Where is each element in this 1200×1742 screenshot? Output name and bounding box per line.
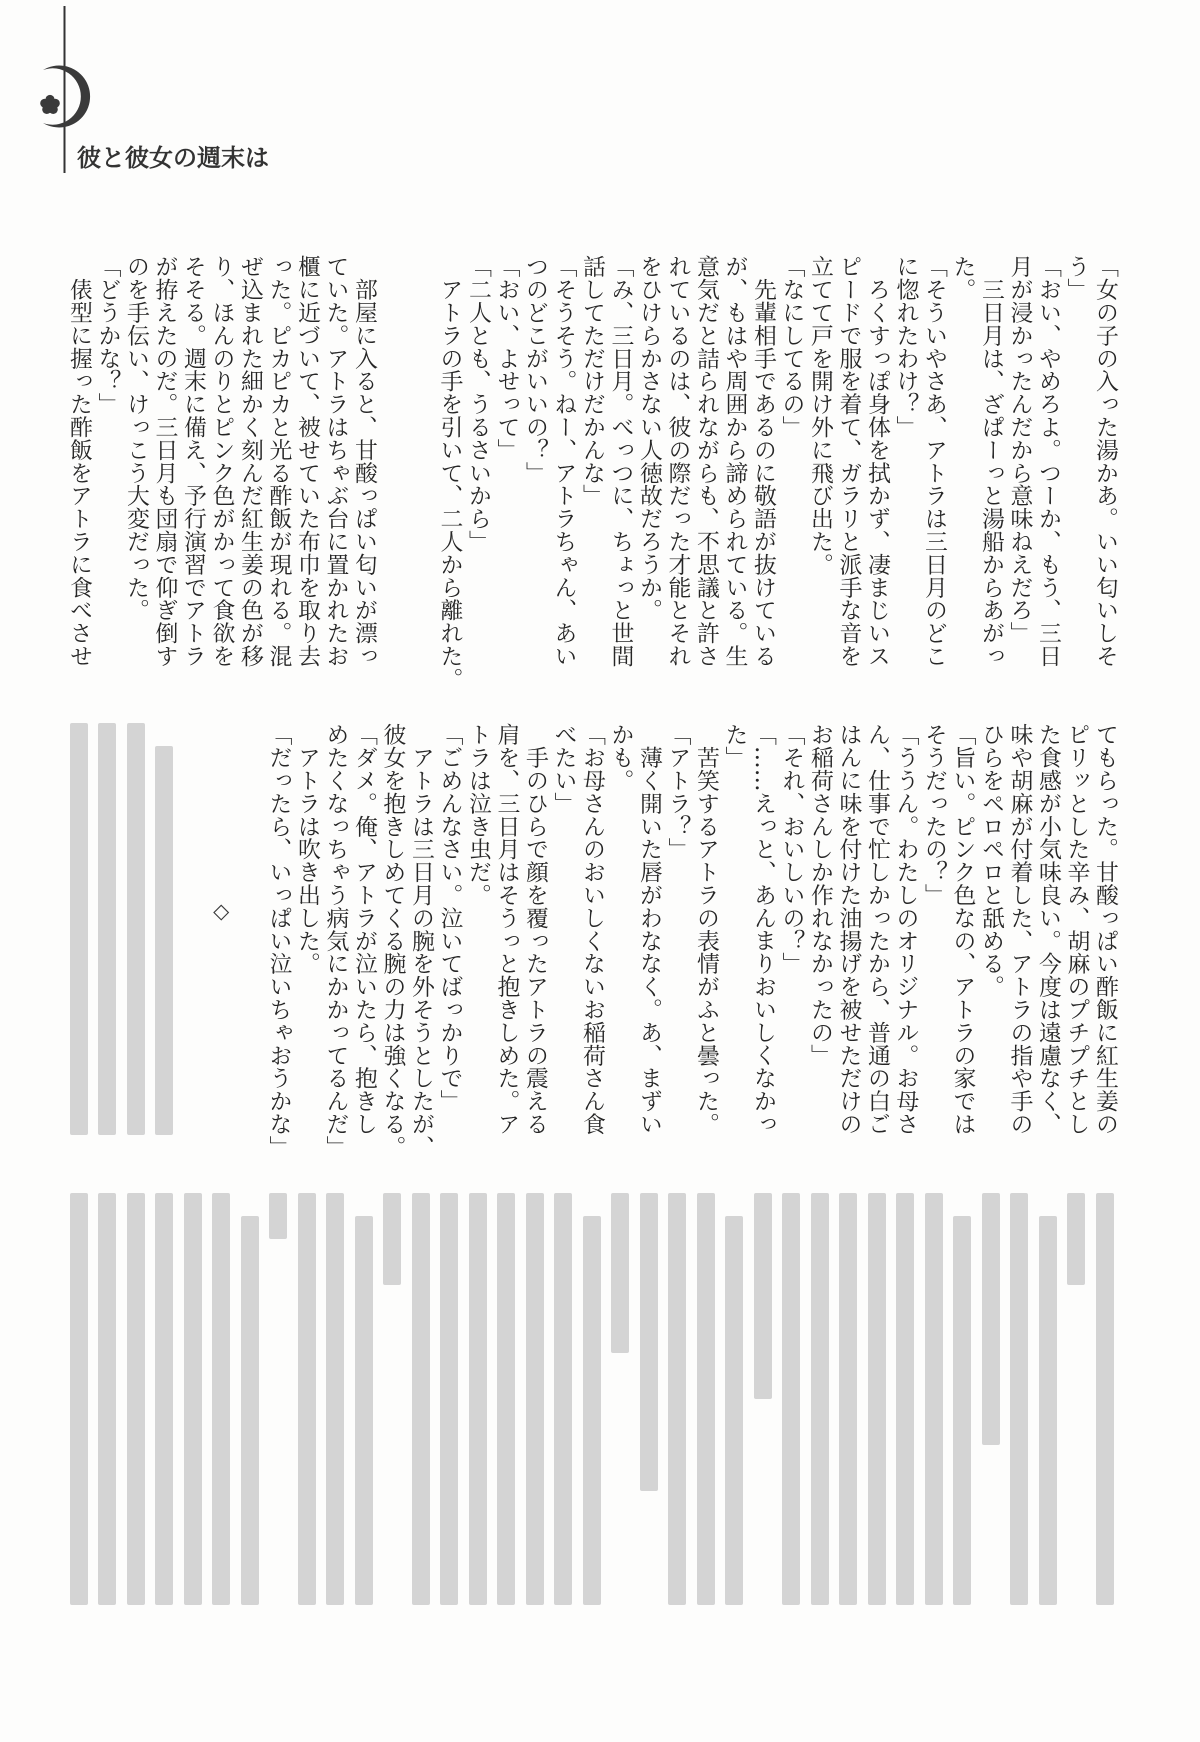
text-column: 「み、三日月。べっつに、ちょっと世間: [606, 255, 635, 667]
omitted-text-bar: [298, 1193, 316, 1605]
text-column: 「ダメ。俺、アトラが泣いたら、抱きし: [350, 723, 379, 1135]
text-column: 立てて戸を開け外に飛び出た。: [806, 255, 835, 667]
omitted-text-column: [977, 1193, 1006, 1605]
text-column: った。ピカピカと光る酢飯が現れる。混: [264, 255, 293, 667]
omitted-text-column: [578, 1193, 607, 1605]
omitted-text-column: [948, 1193, 977, 1605]
omitted-text-bar: [668, 1193, 686, 1605]
omitted-text-bar: [953, 1216, 971, 1605]
omitted-text-column: [521, 1193, 550, 1605]
omitted-text-column: [122, 723, 151, 1135]
text-column: 「おい、よせって」: [492, 255, 521, 667]
omitted-text-bar: [1067, 1193, 1085, 1285]
text-column: 「……えっと、あんまりおいしくなかっ: [749, 723, 778, 1135]
omitted-text-bar: [355, 1216, 373, 1605]
omitted-text-column: [891, 1193, 920, 1605]
text-column: 薄く開いた唇がわななく。あ、まずい: [635, 723, 664, 1135]
text-column: 先輩相手であるのに敬語が抜けている: [749, 255, 778, 667]
omitted-text-bar: [725, 1216, 743, 1605]
omitted-text-column: [1091, 1193, 1120, 1605]
text-column: 意気だと詰られながらも、不思議と許さ: [692, 255, 721, 667]
omitted-text-bar: [583, 1216, 601, 1605]
omitted-text-bar: [212, 1193, 230, 1605]
text-column: ていた。アトラはちゃぶ台に置かれたお: [321, 255, 350, 667]
text-column: のを手伝い、けっこう大変だった。: [122, 255, 151, 667]
section-break-column: ◇: [207, 723, 236, 1135]
section-break-diamond-icon: ◇: [207, 899, 236, 923]
omitted-text-column: [179, 1193, 208, 1605]
omitted-text-bar: [383, 1193, 401, 1285]
omitted-text-column: [93, 1193, 122, 1605]
omitted-text-bar: [526, 1193, 544, 1605]
text-column: た。: [948, 255, 977, 667]
text-column: そそる。週末に備え、予行演習でアトラ: [179, 255, 208, 667]
omitted-text-column: [236, 1193, 265, 1605]
omitted-text-bar: [155, 746, 173, 1135]
omitted-text-column: [407, 1193, 436, 1605]
text-column: 「だったら、いっぱい泣いちゃおうかな」: [264, 723, 293, 1135]
text-column: 「それ、おいしいの？」: [777, 723, 806, 1135]
omitted-text-column: [635, 1193, 664, 1605]
omitted-text-bar: [70, 723, 88, 1135]
text-column: ぜ込まれた細かく刻んだ紅生姜の色が移: [236, 255, 265, 667]
omitted-text-column: [207, 1193, 236, 1605]
text-column: 「旨い。ピンク色なの、アトラの家では: [948, 723, 977, 1135]
text-column: べたい」: [549, 723, 578, 1135]
text-column: ひらをペロペロと舐める。: [977, 723, 1006, 1135]
text-column: 味や胡麻が付着した、アトラの指や手の: [1005, 723, 1034, 1135]
omitted-text-column: [863, 1193, 892, 1605]
omitted-text-bar: [440, 1193, 458, 1605]
text-column: 「なにしてるの」: [777, 255, 806, 667]
text-column: 「ごめんなさい。泣いてばっかりで」: [435, 723, 464, 1135]
omitted-text-column: [920, 1193, 949, 1605]
omitted-text-column: [293, 1193, 322, 1605]
text-column: 「おい、やめろよ。つーか、もう、三日: [1034, 255, 1063, 667]
omitted-text-bar: [497, 1193, 515, 1605]
omitted-text-column: [1005, 1193, 1034, 1605]
omitted-text-bar: [1039, 1216, 1057, 1605]
text-column: 「アトラ？」: [663, 723, 692, 1135]
omitted-text-bar: [554, 1193, 572, 1605]
omitted-text-column: [720, 1193, 749, 1605]
omitted-text-column: [65, 1193, 94, 1605]
text-column: をひけらかさない人徳故だろうか。: [635, 255, 664, 667]
omitted-text-column: [492, 1193, 521, 1605]
text-column: 「女の子の入った湯かあ。いい匂いしそ: [1091, 255, 1120, 667]
text-column: 部屋に入ると、甘酸っぱい匂いが漂っ: [350, 255, 379, 667]
text-column: 「そういやさあ、アトラは三日月のどこ: [920, 255, 949, 667]
text-band-top: 「女の子の入った湯かあ。いい匂いしそ う」 「おい、やめろよ。つーか、もう、三日…: [65, 255, 1120, 667]
blank-column: [407, 255, 436, 667]
omitted-text-bar: [98, 723, 116, 1135]
omitted-text-bar: [754, 1193, 772, 1399]
text-column: つのどこがいいの？」: [521, 255, 550, 667]
omitted-text-column: [692, 1193, 721, 1605]
omitted-text-bar: [640, 1193, 658, 1491]
omitted-text-bar: [326, 1193, 344, 1605]
omitted-text-bar: [127, 1193, 145, 1605]
text-column: 櫃に近づいて、被せていた布巾を取り去: [293, 255, 322, 667]
omitted-text-bar: [1010, 1193, 1028, 1605]
omitted-text-column: [65, 723, 94, 1135]
omitted-text-column: [435, 1193, 464, 1605]
text-column: はんに味を付けた油揚げを被せただけの: [834, 723, 863, 1135]
omitted-text-column: [122, 1193, 151, 1605]
omitted-text-column: [150, 723, 179, 1135]
omitted-text-column: [806, 1193, 835, 1605]
omitted-text-column: [321, 1193, 350, 1605]
text-column: 話してただけだかんな」: [578, 255, 607, 667]
text-column: 肩を、三日月はそうっと抱きしめた。ア: [492, 723, 521, 1135]
text-band-middle: てもらった。甘酸っぱい酢飯に紅生姜の ピリッとした辛み、胡麻のプチプチとし た食…: [65, 723, 1120, 1135]
omitted-text-bar: [868, 1193, 886, 1605]
omitted-text-column: [464, 1193, 493, 1605]
text-column: 俵型に握った酢飯をアトラに食べさせ: [65, 255, 94, 667]
text-column: 「そうそう。ねー、アトラちゃん、あい: [549, 255, 578, 667]
text-band-bottom: [65, 1193, 1120, 1605]
text-column: 手のひらで顔を覆ったアトラの震える: [521, 723, 550, 1135]
text-column: 月が浸かったんだから意味ねえだろ」: [1005, 255, 1034, 667]
text-column: た」: [720, 723, 749, 1135]
omitted-text-bar: [697, 1193, 715, 1605]
omitted-text-bar: [241, 1216, 259, 1605]
omitted-text-bar: [155, 1193, 173, 1605]
text-column: ろくすっぽ身体を拭かず、凄まじいス: [863, 255, 892, 667]
text-column: が、もはや周囲から諦められている。生: [720, 255, 749, 667]
text-column: ピードで服を着て、ガラリと派手な音を: [834, 255, 863, 667]
omitted-text-bar: [1096, 1193, 1114, 1605]
omitted-text-column: [549, 1193, 578, 1605]
text-column: が拵えたのだ。三日月も団扇で仰ぎ倒す: [150, 255, 179, 667]
omitted-text-bar: [611, 1193, 629, 1353]
flower-icon: [40, 95, 60, 114]
text-column: た食感が小気味良い。今度は遠慮なく、: [1034, 723, 1063, 1135]
blank-column: [236, 723, 265, 1135]
omitted-text-column: [777, 1193, 806, 1605]
text-column: 「二人とも、うるさいから」: [464, 255, 493, 667]
omitted-text-bar: [469, 1193, 487, 1605]
text-column: アトラは三日月の腕を外そうとしたが、: [407, 723, 436, 1135]
text-column: に惚れたわけ？」: [891, 255, 920, 667]
text-column: 「ううん。わたしのオリジナル。お母さ: [891, 723, 920, 1135]
omitted-text-column: [834, 1193, 863, 1605]
text-column: 彼女を抱きしめてくる腕の力は強くなる。: [378, 723, 407, 1135]
omitted-text-bar: [412, 1193, 430, 1605]
omitted-text-column: [264, 1193, 293, 1605]
text-column: てもらった。甘酸っぱい酢飯に紅生姜の: [1091, 723, 1120, 1135]
omitted-text-bar: [70, 1193, 88, 1605]
omitted-text-bar: [925, 1193, 943, 1605]
blank-column: [378, 255, 407, 667]
text-column: かも。: [606, 723, 635, 1135]
omitted-text-bar: [184, 1193, 202, 1605]
text-column: り、ほんのりとピンク色がかって食欲を: [207, 255, 236, 667]
text-column: トラは泣き虫だ。: [464, 723, 493, 1135]
omitted-text-column: [1034, 1193, 1063, 1605]
story-title: 彼と彼女の週末は: [77, 144, 269, 172]
text-column: ピリッとした辛み、胡麻のプチプチとし: [1062, 723, 1091, 1135]
omitted-text-bar: [839, 1193, 857, 1605]
omitted-text-bar: [127, 723, 145, 1135]
omitted-text-column: [749, 1193, 778, 1605]
omitted-text-bar: [269, 1193, 287, 1239]
text-column: 「お母さんのおいしくないお稲荷さん食: [578, 723, 607, 1135]
text-column: めたくなっちゃう病気にかかってるんだ」: [321, 723, 350, 1135]
omitted-text-bar: [98, 1193, 116, 1605]
text-column: ん、仕事で忙しかったから、普通の白ご: [863, 723, 892, 1135]
omitted-text-column: [606, 1193, 635, 1605]
omitted-text-column: [1062, 1193, 1091, 1605]
text-column: 苦笑するアトラの表情がふと曇った。: [692, 723, 721, 1135]
text-column: アトラの手を引いて、二人から離れた。: [435, 255, 464, 667]
omitted-text-column: [93, 723, 122, 1135]
text-column: う」: [1062, 255, 1091, 667]
omitted-text-column: [378, 1193, 407, 1605]
omitted-text-column: [350, 1193, 379, 1605]
text-column: そうだったの？」: [920, 723, 949, 1135]
omitted-text-column: [150, 1193, 179, 1605]
omitted-text-bar: [782, 1193, 800, 1605]
text-column: お稲荷さんしか作れなかったの」: [806, 723, 835, 1135]
omitted-text-bar: [811, 1193, 829, 1605]
omitted-text-bar: [896, 1193, 914, 1605]
omitted-text-bar: [982, 1193, 1000, 1445]
text-column: れているのは、彼の際だった才能とそれ: [663, 255, 692, 667]
text-column: 「どうかな？」: [93, 255, 122, 667]
text-column: 三日月は、ざぱーっと湯船からあがっ: [977, 255, 1006, 667]
omitted-text-column: [663, 1193, 692, 1605]
text-column: アトラは吹き出した。: [293, 723, 322, 1135]
blank-column: [179, 723, 208, 1135]
